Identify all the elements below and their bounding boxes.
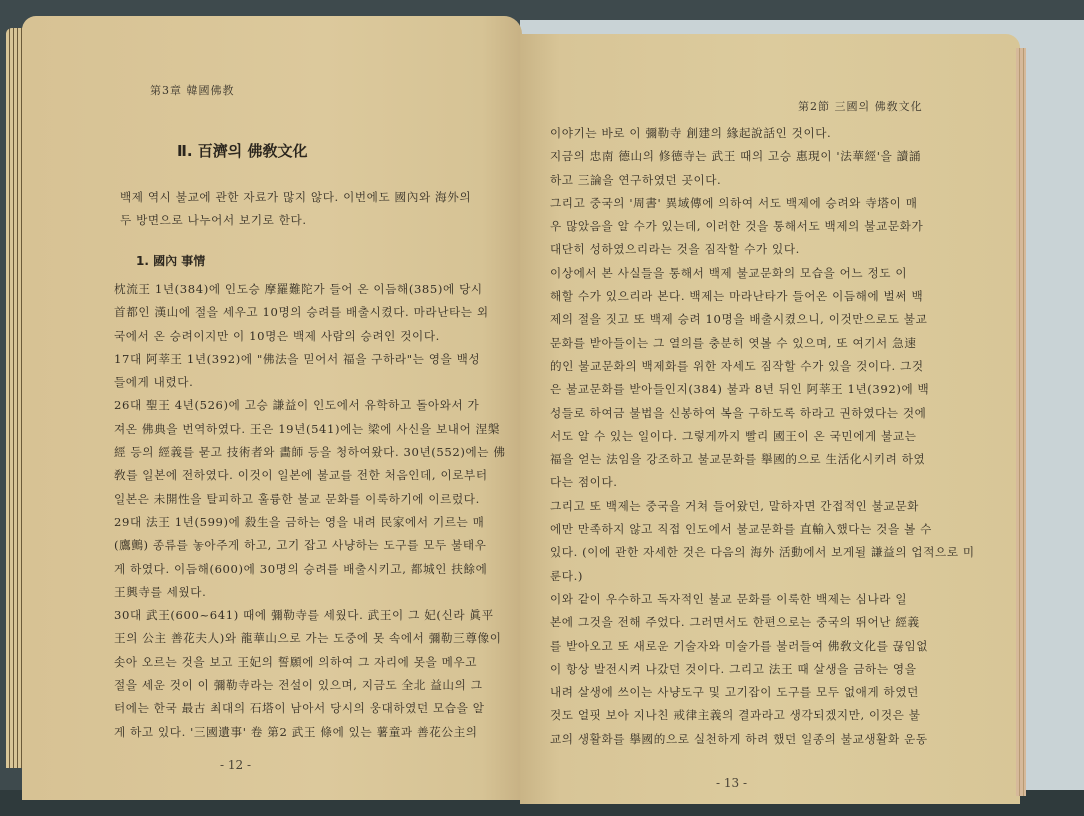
text-line: 이 항상 발전시켜 나갔던 것이다. 그리고 法王 때 살생을 금하는 영을 [550,658,975,681]
page-stack-right [1016,48,1026,796]
text-line: 성들로 하여금 불법을 신봉하여 복을 구하도록 하라고 권하였다는 것에 [550,402,975,425]
text-line: 敎를 일본에 전하였다. 이것이 일본에 불교를 전한 처음인데, 이로부터 [114,464,506,487]
text-line: 백제 역시 불교에 관한 자료가 많지 않다. 이번에도 國內와 海外의 [120,186,471,209]
text-line: 26대 聖王 4년(526)에 고승 謙益이 인도에서 유학하고 돌아와서 가 [114,394,506,417]
text-line: 30대 武王(600~641) 때에 彌勒寺를 세웠다. 武王이 그 妃(신라 … [114,604,506,627]
text-line: 게 하였다. 이듬해(600)에 30명의 승려를 배출시키고, 都城인 扶餘에 [114,558,506,581]
text-line: 솟아 오르는 것을 보고 王妃의 誓願에 의하여 그 자리에 못을 메우고 [114,651,506,674]
text-line: 교의 생활화를 擧國的으로 실천하게 하려 했던 일종의 불교생활화 운동 [550,728,975,751]
text-line: 대단히 성하였으리라는 것을 짐작할 수가 있다. [550,238,975,261]
left-page: 第3章 韓國佛教 Ⅱ. 百濟의 佛敎文化 백제 역시 불교에 관한 자료가 많지… [22,16,522,800]
text-line: 29대 法王 1년(599)에 殺生을 금하는 영을 내려 民家에서 기르는 매 [114,511,506,534]
text-line: 룬다.) [550,565,975,588]
text-line: 제의 절을 짓고 또 백제 승려 10명을 배출시켰으니, 이것만으로도 불교 [550,308,975,331]
text-line: 王興寺를 세웠다. [114,581,506,604]
text-line: 그리고 중국의 '周書' 異域傳에 의하여 서도 백제에 승려와 寺塔이 매 [550,192,975,215]
text-line: 게 하고 있다. '三國遺事' 卷 第2 武王 條에 있는 薯童과 善花公主의 [114,721,506,744]
text-line: 그리고 또 백제는 중국을 거쳐 들어왔던, 말하자면 간접적인 불교문화 [550,495,975,518]
text-line: 이와 같이 우수하고 독자적인 불교 문화를 이룩한 백제는 심나라 일 [550,588,975,611]
text-line: 두 방면으로 나누어서 보기로 한다. [120,209,471,232]
text-line: 은 불교문화를 받아들인지(384) 불과 8년 뒤인 阿莘王 1년(392)에… [550,378,975,401]
text-line: 다는 점이다. [550,471,975,494]
text-line: 문화를 받아들이는 그 열의를 충분히 엿볼 수 있으며, 또 여기서 急速 [550,332,975,355]
text-line: 에만 만족하지 않고 직접 인도에서 불교문화를 直輸入했다는 것을 볼 수 [550,518,975,541]
running-head: 第3章 韓國佛教 [150,82,235,98]
text-line: 를 받아오고 또 새로운 기술자와 미술가를 불러들여 佛敎文化를 끊임없 [550,635,975,658]
text-line: 枕流王 1년(384)에 인도승 摩羅難陀가 들어 온 이듬해(385)에 당시 [114,278,506,301]
text-line: 이상에서 본 사실들을 통해서 백제 불교문화의 모습을 어느 정도 이 [550,262,975,285]
running-head: 第2節 三國의 佛敎文化 [798,98,923,114]
text-line: (鷹鸇) 종류를 놓아주게 하고, 고기 잡고 사냥하는 도구를 모두 불태우 [114,534,506,557]
text-line: 이야기는 바로 이 彌勒寺 創建의 緣起說話인 것이다. [550,122,975,145]
body-text: 이야기는 바로 이 彌勒寺 創建의 緣起說話인 것이다. 지금의 忠南 德山의 … [550,122,975,751]
text-line: 經 등의 經義를 묻고 技術者와 畵師 등을 청하여왔다. 30년(552)에는… [114,441,506,464]
subsection-title: 1. 國內 事情 [136,252,205,269]
intro-paragraph: 백제 역시 불교에 관한 자료가 많지 않다. 이번에도 國內와 海外의 두 방… [120,186,471,233]
text-line: 내려 살생에 쓰이는 사냥도구 및 고기잡이 도구를 모두 없애게 하였던 [550,681,975,704]
text-line: 지금의 忠南 德山의 修德寺는 武王 때의 고승 惠現이 '法華經'을 讀誦 [550,145,975,168]
text-line: 서도 알 수 있는 일이다. 그렇게까지 빨리 國王이 온 국민에게 불교는 [550,425,975,448]
text-line: 우 많았음을 알 수가 있는데, 이러한 것을 통해서도 백제의 불교문화가 [550,215,975,238]
text-line: 하고 三論을 연구하였던 곳이다. [550,169,975,192]
text-line: 的인 불교문화의 백제화를 위한 자세도 짐작할 수가 있을 것이다. 그것 [550,355,975,378]
text-line: 17대 阿莘王 1년(392)에 "佛法을 믿어서 福을 구하라"는 영을 백성 [114,348,506,371]
text-line: 절을 세운 것이 이 彌勒寺라는 전설이 있으며, 지금도 全北 益山의 그 [114,674,506,697]
text-line: 있다. (이에 관한 자세한 것은 다음의 海外 活動에서 보게될 謙益의 업적… [550,541,975,564]
text-line: 首都인 漢山에 절을 세우고 10명의 승려를 배출시켰다. 마라난타는 외 [114,301,506,324]
text-line: 일본은 未開性을 탈피하고 훌륭한 불교 문화를 이룩하기에 이르렀다. [114,488,506,511]
text-line: 져온 佛典을 번역하였다. 王은 19년(541)에는 梁에 사신을 보내어 涅… [114,418,506,441]
section-title: Ⅱ. 百濟의 佛敎文化 [177,140,308,161]
right-page: 第2節 三國의 佛敎文化 이야기는 바로 이 彌勒寺 創建의 緣起說話인 것이다… [520,34,1020,804]
text-line: 본에 그것을 전해 주었다. 그러면서도 한편으로는 중국의 뛰어난 經義 [550,611,975,634]
text-line: 들에게 내렸다. [114,371,506,394]
text-line: 해할 수가 있으리라 본다. 백제는 마라난타가 들어온 이듬해에 벌써 백 [550,285,975,308]
body-text: 枕流王 1년(384)에 인도승 摩羅難陀가 들어 온 이듬해(385)에 당시… [114,278,506,744]
text-line: 국에서 온 승려이지만 이 10명은 백제 사람의 승려인 것이다. [114,325,506,348]
text-line: 터에는 한국 最古 최대의 石塔이 남아서 당시의 웅대하였던 모습을 알 [114,697,506,720]
text-line: 王의 公主 善花夫人)와 龍華山으로 가는 도중에 못 속에서 彌勒三尊像이 [114,627,506,650]
text-line: 것도 얼핏 보아 지나친 戒律主義의 결과라고 생각되겠지만, 이것은 불 [550,704,975,727]
text-line: 福을 얻는 法임을 강조하고 불교문화를 擧國的으로 生活化시키려 하였 [550,448,975,471]
page-number: - 12 - [220,758,251,772]
page-number: - 13 - [716,776,747,790]
